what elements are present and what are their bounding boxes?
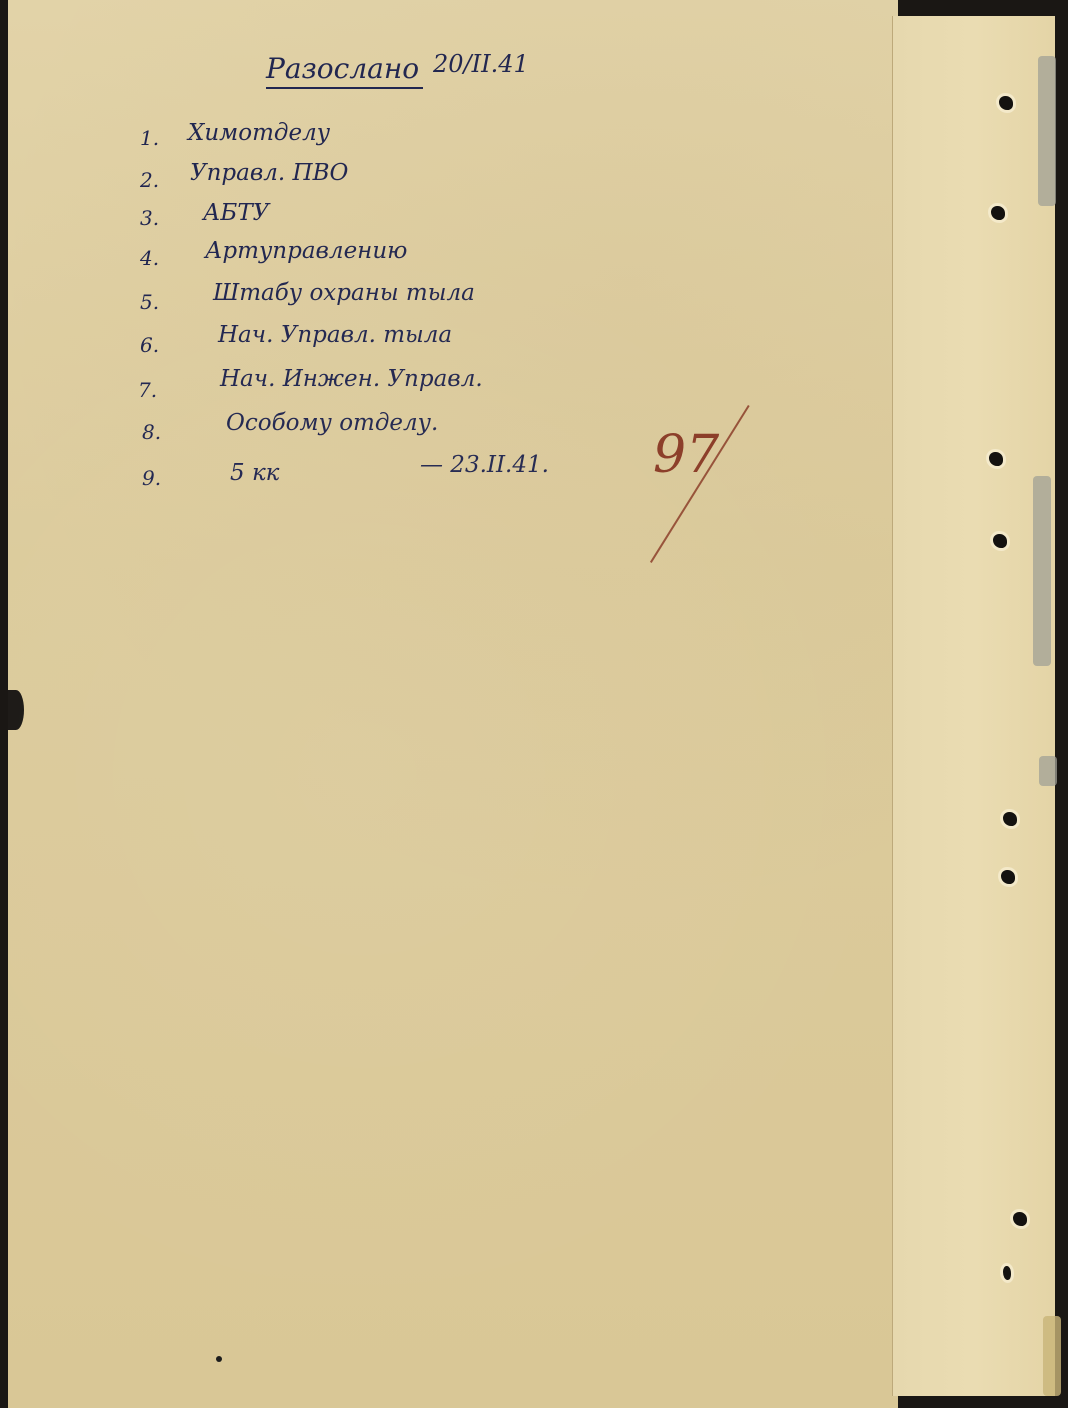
punch-hole xyxy=(1001,870,1015,884)
list-item-number: 1. xyxy=(140,126,159,150)
list-item-text: 5 кк xyxy=(230,460,279,486)
repair-tape xyxy=(1038,56,1056,206)
torn-edge-notch xyxy=(8,690,24,730)
list-item-text: Нач. Инжен. Управл. xyxy=(220,366,483,392)
list-item-text: Химотделу xyxy=(188,120,330,146)
pencil-slash-mark xyxy=(650,405,750,563)
punch-hole xyxy=(993,534,1007,548)
punch-hole xyxy=(999,96,1013,110)
list-item-number: 9. xyxy=(142,466,161,490)
list-item-text: Нач. Управл. тыла xyxy=(218,322,452,348)
list-item-text: Особому отделу. xyxy=(226,410,438,436)
list-item-number: 4. xyxy=(140,246,159,270)
punch-hole xyxy=(1003,1266,1011,1280)
list-item-text: Штабу охраны тыла xyxy=(213,280,475,306)
list-item-number: 2. xyxy=(140,168,159,192)
page-number-mark: 97 xyxy=(653,425,719,485)
repair-tape xyxy=(1033,476,1051,666)
repair-tape xyxy=(1043,1316,1061,1396)
list-item-text: АБТУ xyxy=(203,200,269,226)
repair-tape xyxy=(1039,756,1057,786)
list-item-number: 7. xyxy=(138,378,157,402)
list-item-text: Управл. ПВО xyxy=(190,160,348,186)
list-item-number: 3. xyxy=(140,206,159,230)
title-date: 20/II.41 xyxy=(433,50,529,78)
punch-hole xyxy=(1003,812,1017,826)
document-title: Разослано xyxy=(266,52,423,89)
document-page: Разослано 20/II.41 1. Химотделу 2. Управ… xyxy=(8,0,898,1408)
list-item-text: Артуправлению xyxy=(205,238,407,264)
list-item-number: 8. xyxy=(142,420,161,444)
ink-dot xyxy=(216,1356,222,1362)
punch-hole xyxy=(1013,1212,1027,1226)
list-item-number: 5. xyxy=(140,290,159,314)
binding-strip xyxy=(892,16,1055,1396)
list-item-date: — 23.II.41. xyxy=(420,452,549,478)
list-item-number: 6. xyxy=(140,333,159,357)
punch-hole xyxy=(991,206,1005,220)
punch-hole xyxy=(989,452,1003,466)
